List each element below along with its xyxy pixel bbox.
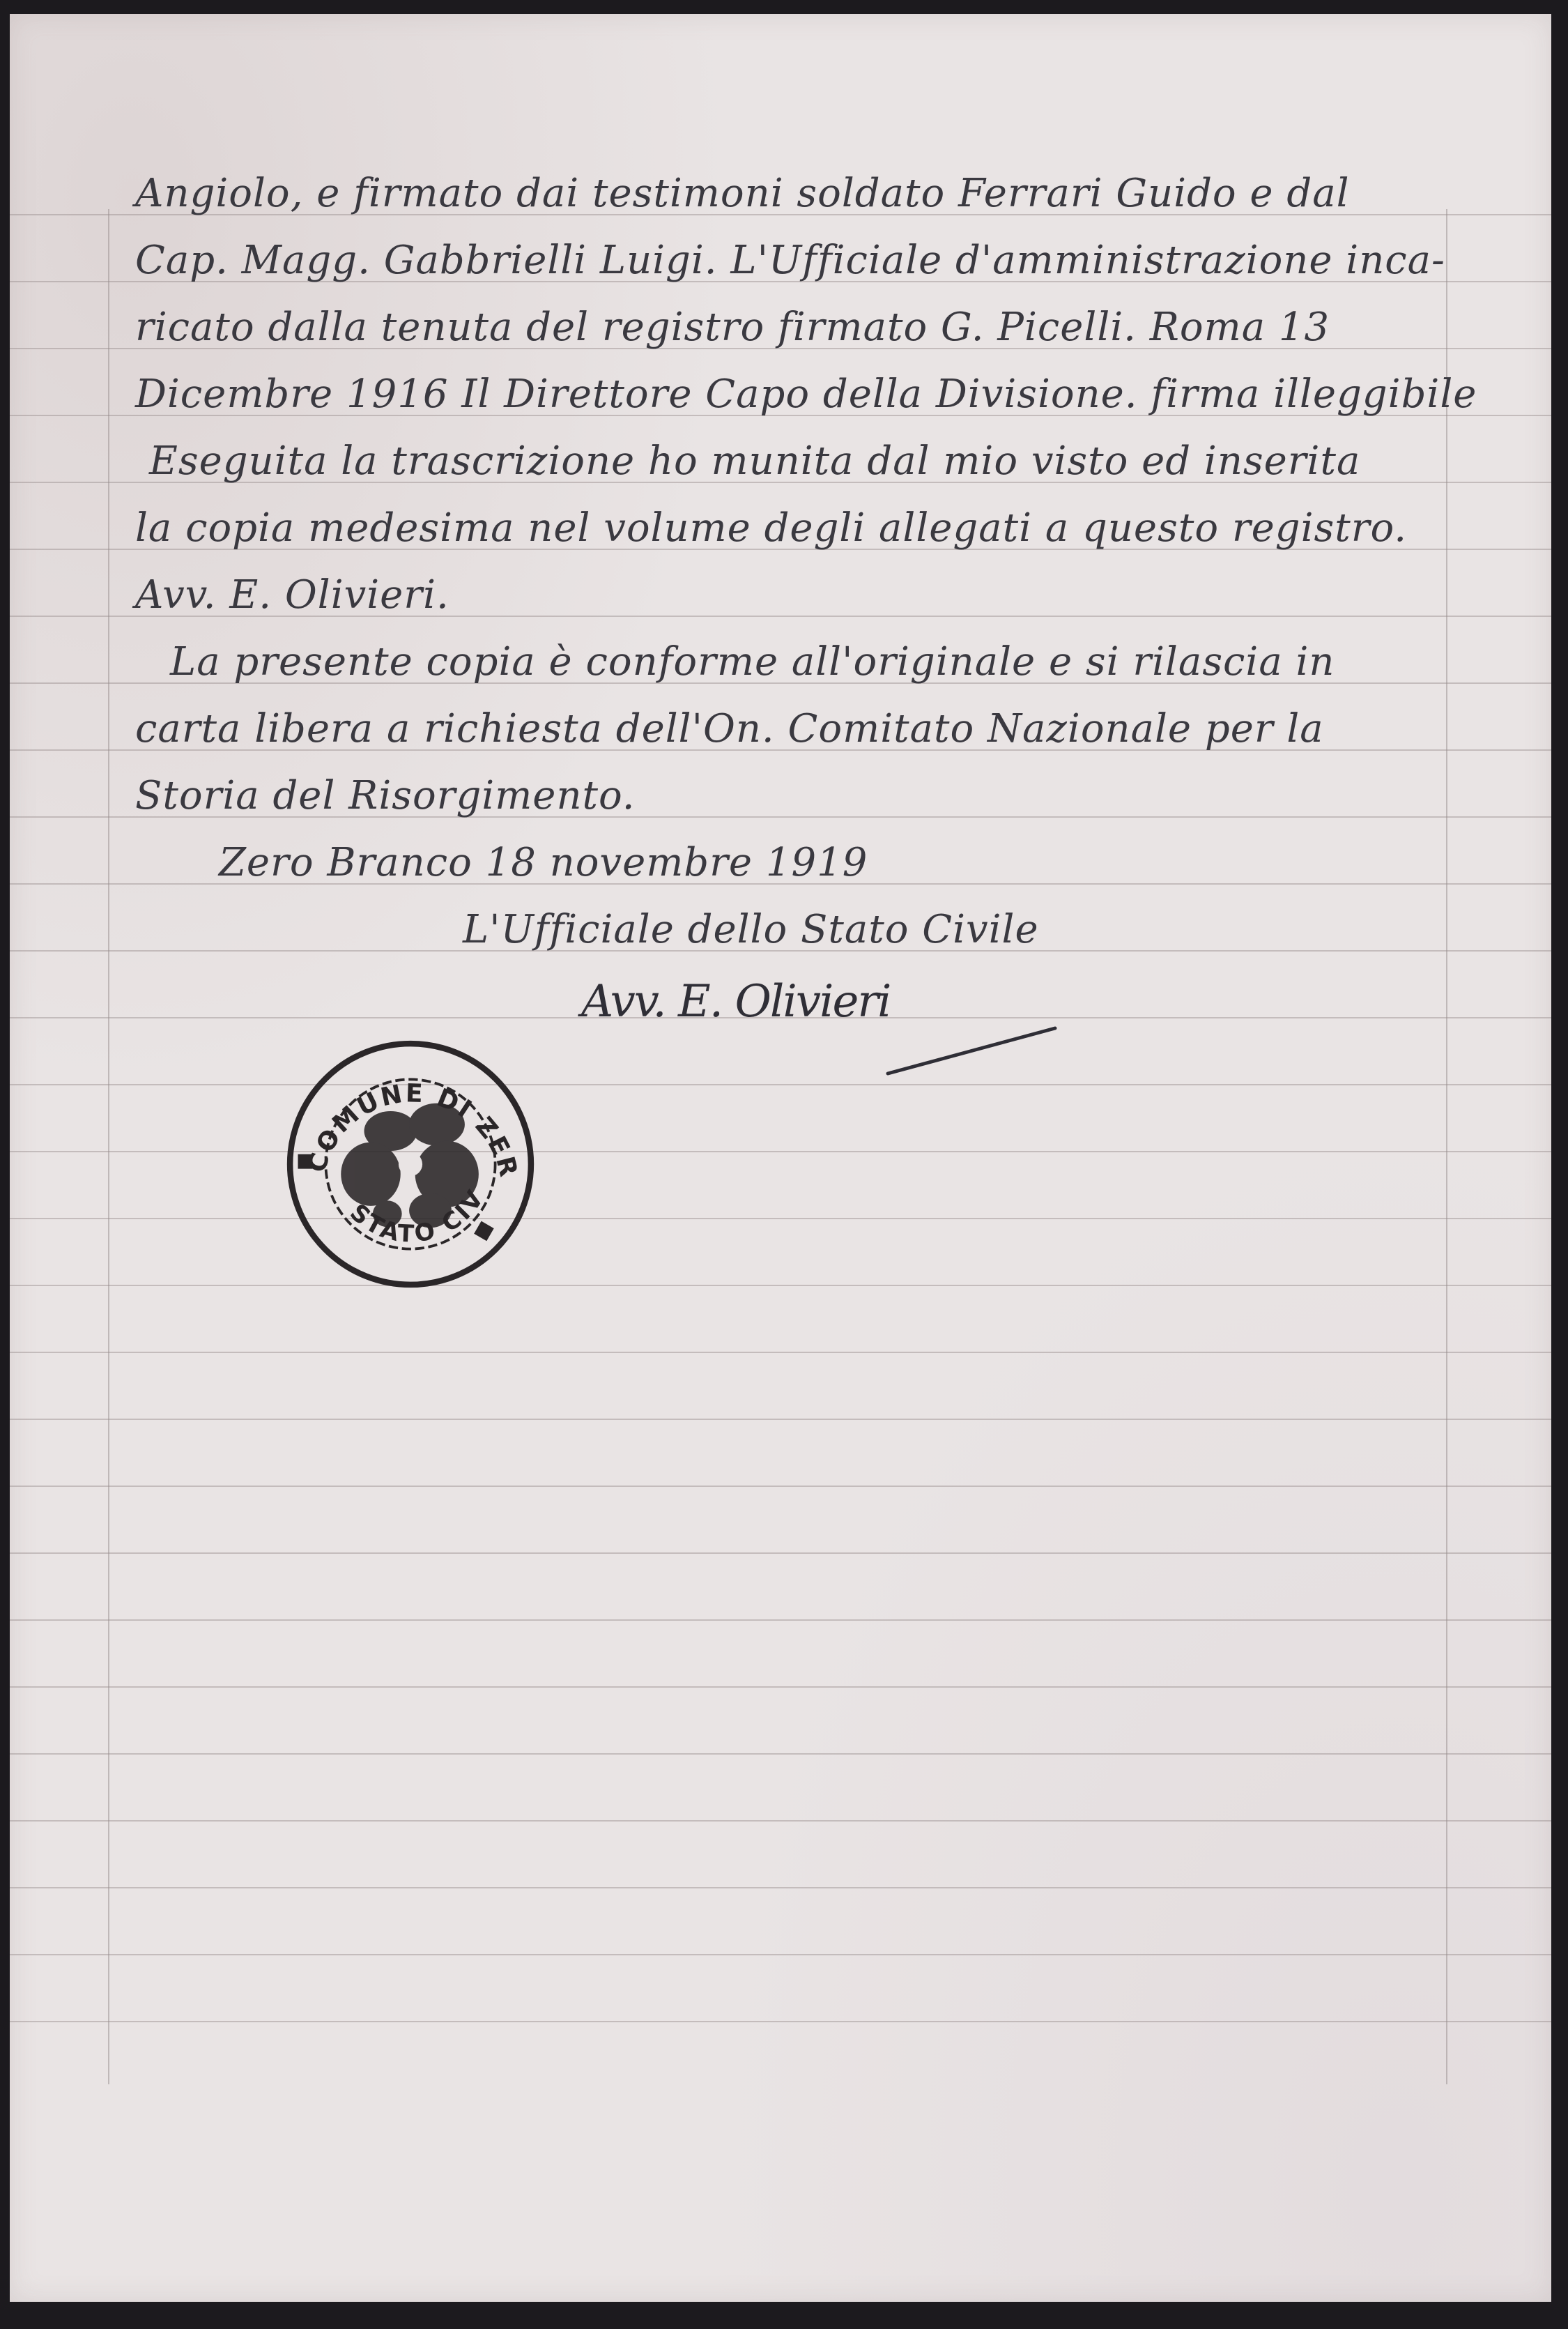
ruled-line [10, 1753, 1551, 1755]
ruled-line [10, 1887, 1551, 1888]
municipal-stamp: COMUNE DI ZERO BRANCO STATO CIVILE [278, 1032, 543, 1297]
signature: Avv. E. Olivieri [581, 976, 890, 1028]
text-line-3: ricato dalla tenuta del registro firmato… [135, 308, 1330, 347]
signature-flourish-icon [881, 1025, 1062, 1080]
text-line-5: Eseguita la trascrizione ho munita dal m… [149, 442, 1360, 481]
ruled-line [10, 1486, 1551, 1487]
ruled-line [10, 1352, 1551, 1353]
right-margin-line [1446, 209, 1447, 2084]
ruled-line [10, 1419, 1551, 1420]
stamp-seal-icon: COMUNE DI ZERO BRANCO STATO CIVILE [278, 1032, 543, 1297]
text-line-6: la copia medesima nel volume degli alleg… [135, 509, 1407, 548]
ruled-line [10, 1820, 1551, 1822]
ruled-line [10, 1285, 1551, 1286]
ruled-line [10, 1084, 1551, 1085]
text-line-4: Dicembre 1916 Il Direttore Capo della Di… [135, 375, 1477, 414]
ruled-line [10, 1954, 1551, 1955]
text-line-10: Storia del Risorgimento. [135, 777, 636, 816]
left-margin-line [108, 209, 109, 2084]
text-line-9: carta libera a richiesta dell'On. Comita… [135, 710, 1324, 749]
text-line-2: Cap. Magg. Gabbrielli Luigi. L'Ufficiale… [135, 241, 1445, 280]
text-line-8: La presente copia è conforme all'origina… [170, 643, 1335, 682]
ruled-line [10, 1151, 1551, 1152]
text-line-7: Avv. E. Olivieri. [135, 576, 449, 615]
ruled-line [10, 1218, 1551, 1219]
ruled-line [10, 1619, 1551, 1621]
ruled-line [10, 1552, 1551, 1554]
text-line-1: Angiolo, e firmato dai testimoni soldato… [135, 174, 1350, 213]
ruled-line [10, 1686, 1551, 1688]
ruled-line [10, 2021, 1551, 2022]
place-date: Zero Branco 18 novembre 1919 [219, 843, 868, 883]
signatory-title: L'Ufficiale dello Stato Civile [463, 910, 1039, 949]
document-page: Angiolo, e firmato dai testimoni soldato… [10, 14, 1551, 2302]
